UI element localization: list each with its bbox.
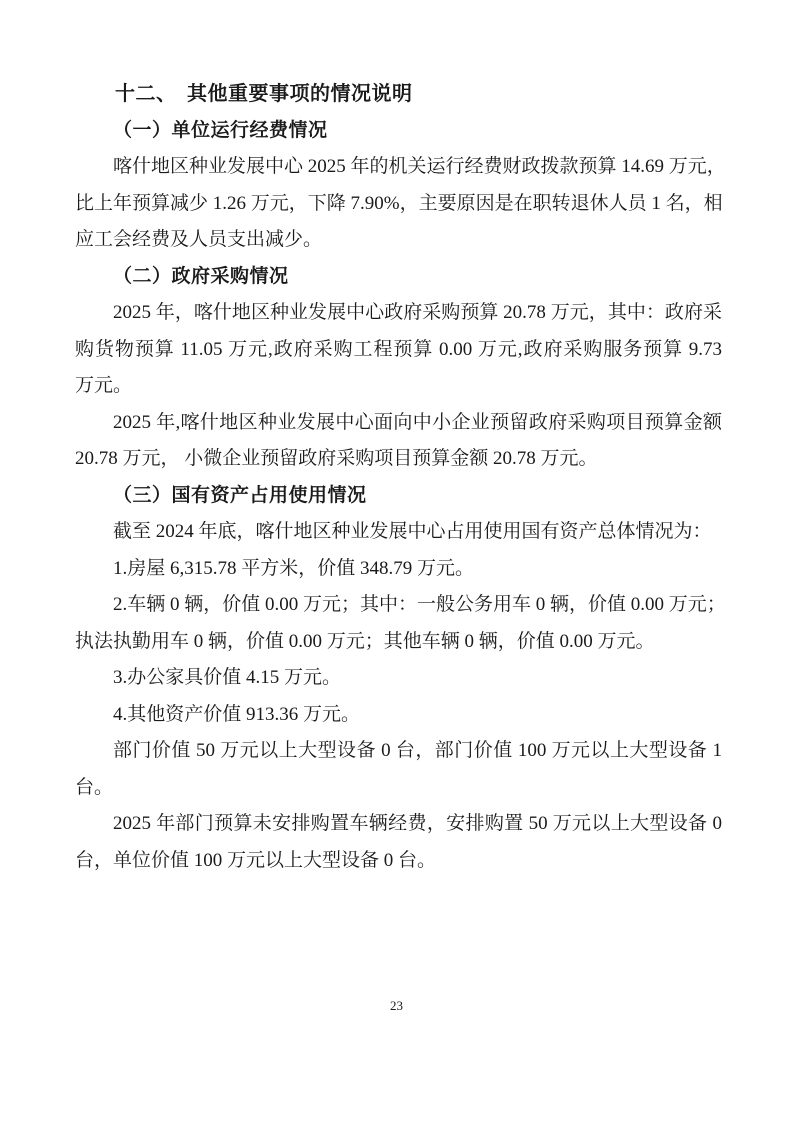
paragraph-line: 2025 年,喀什地区种业发展中心面向中小企业预留政府采购项目预算金额 — [75, 405, 722, 442]
paragraph-line: 购货物预算 11.05 万元,政府采购工程预算 0.00 万元,政府采购服务预算… — [75, 332, 722, 369]
paragraph-line: 4.其他资产价值 913.36 万元。 — [75, 697, 722, 734]
paragraph-line: 应工会经费及人员支出减少。 — [75, 222, 722, 259]
paragraph-line: 台。 — [75, 770, 722, 807]
paragraph-line: 1.房屋 6,315.78 平方米，价值 348.79 万元。 — [75, 551, 722, 588]
paragraph-line: 万元。 — [75, 368, 722, 405]
paragraph-line: 2025 年，喀什地区种业发展中心政府采购预算 20.78 万元，其中：政府采 — [75, 295, 722, 332]
paragraph-line: 2025 年部门预算未安排购置车辆经费，安排购置 50 万元以上大型设备 0 — [75, 806, 722, 843]
subsection-heading: （一）单位运行经费情况 — [75, 113, 722, 150]
paragraph-line: 台，单位价值 100 万元以上大型设备 0 台。 — [75, 843, 722, 880]
document-blocks: 十二、 其他重要事项的情况说明（一）单位运行经费情况喀什地区种业发展中心 202… — [75, 76, 722, 879]
page-number: 23 — [0, 998, 793, 1014]
paragraph-line: 2.车辆 0 辆，价值 0.00 万元；其中：一般公务用车 0 辆，价值 0.0… — [75, 587, 722, 624]
document-page: 十二、 其他重要事项的情况说明（一）单位运行经费情况喀什地区种业发展中心 202… — [0, 0, 793, 1122]
subsection-heading: （三）国有资产占用使用情况 — [75, 478, 722, 515]
paragraph-line: 喀什地区种业发展中心 2025 年的机关运行经费财政拨款预算 14.69 万元， — [75, 149, 722, 186]
subsection-heading: （二）政府采购情况 — [75, 259, 722, 296]
paragraph-line: 截至 2024 年底，喀什地区种业发展中心占用使用国有资产总体情况为： — [75, 514, 722, 551]
paragraph-line: 20.78 万元， 小微企业预留政府采购项目预算金额 20.78 万元。 — [75, 441, 722, 478]
paragraph-line: 执法执勤用车 0 辆，价值 0.00 万元；其他车辆 0 辆，价值 0.00 万… — [75, 624, 722, 661]
paragraph-line: 比上年预算减少 1.26 万元，下降 7.90%，主要原因是在职转退休人员 1 … — [75, 186, 722, 223]
paragraph-line: 3.办公家具价值 4.15 万元。 — [75, 660, 722, 697]
section-heading: 十二、 其他重要事项的情况说明 — [75, 76, 722, 113]
paragraph-line: 部门价值 50 万元以上大型设备 0 台，部门价值 100 万元以上大型设备 1 — [75, 733, 722, 770]
